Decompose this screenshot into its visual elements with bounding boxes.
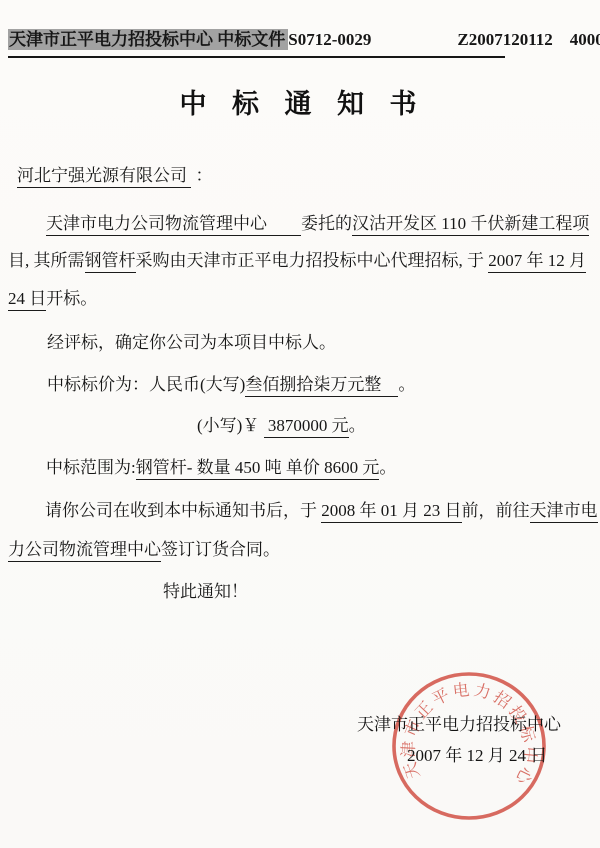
text-segment: 。 (379, 458, 396, 477)
page-title: 中 标 通 知 书 (0, 82, 600, 121)
text-segment: 目, 其所需 (8, 251, 85, 270)
text-segment: S0712-0029 (288, 30, 371, 49)
header-line: 天津市正平电力招投标中心 中标文件S0712-0029Z2007120112 4… (8, 28, 505, 58)
underlined-field: 天津市电力公司物流管理中心 (46, 214, 267, 236)
text-segment: 。 (398, 375, 415, 394)
bid-price-capital-line: 中标标价为：人民币(大写)叁佰捌拾柒万元整 。 (47, 373, 415, 396)
document-page: 天津市正平电力招投标中心 中标文件S0712-0029Z2007120112 4… (0, 0, 600, 848)
underlined-field: 叁佰捌拾柒万元整 (245, 375, 398, 397)
text-segment: 采购由天津市正平电力招投标中心代理招标, 于 (136, 251, 489, 270)
text-segment: 中标标价为：人民币(大写) (47, 375, 245, 394)
text-segment: (小写)￥ (197, 416, 264, 435)
underlined-field: 天津市电 (530, 501, 598, 523)
underlined-field: 力公司物流管理中心 (8, 540, 161, 562)
text-segment: 。 (349, 416, 366, 435)
text-segment: 开标。 (46, 289, 97, 308)
underlined-field: 2008 年 01 月 23 日 (321, 501, 461, 523)
paragraph-6-line-1: 请你公司在收到本中标通知书后，于 2008 年 01 月 23 日前，前往天津市… (45, 499, 598, 522)
signature-date: 2007 年 12 月 24 日 (407, 741, 547, 766)
underlined-field: 汉沽开发区 110 千伏新建工程项 (352, 214, 589, 236)
paragraph-6-line-2: 力公司物流管理中心签订订货合同。 (8, 538, 280, 561)
text-segment: 前，前往 (462, 501, 530, 520)
text-segment: 中标范围为: (46, 458, 136, 477)
text-segment: 请你公司在收到本中标通知书后，于 (45, 501, 321, 520)
signature-organization: 天津市正平电力招投标中心 (357, 710, 561, 735)
underlined-field (267, 214, 301, 236)
underlined-field: 河北宁强光源有限公司 (17, 166, 191, 188)
text-segment: ： (191, 166, 212, 185)
text-segment: Z2007120112 400001 (457, 30, 600, 49)
paragraph-1-line-1: 天津市电力公司物流管理中心 委托的汉沽开发区 110 千伏新建工程项 (46, 212, 589, 235)
underlined-field: 钢管杆- 数量 450 吨 单价 8600 元 (136, 458, 380, 480)
text-segment: 委托的 (301, 214, 352, 233)
text-segment: 签订订货合同。 (161, 540, 280, 559)
paragraph-2: 经评标，确定你公司为本项目中标人。 (47, 331, 336, 354)
underlined-field: 3870000 元 (264, 416, 349, 438)
underlined-field: 2007 年 12 月 (488, 251, 586, 273)
addressee-line: 河北宁强光源有限公司 ： (17, 164, 213, 187)
paragraph-1-line-2: 目, 其所需钢管杆采购由天津市正平电力招投标中心代理招标, 于 2007 年 1… (8, 249, 586, 272)
text-segment: 特此通知！ (163, 582, 248, 601)
text-segment: 经评标，确定你公司为本项目中标人。 (47, 333, 336, 352)
paragraph-1-line-3: 24 日开标。 (8, 287, 97, 310)
underlined-field: 钢管杆 (85, 251, 136, 273)
bid-price-numeric-line: (小写)￥ 3870000 元。 (197, 414, 366, 437)
highlighted-text: 天津市正平电力招投标中心 中标文件 (8, 29, 288, 50)
notice-closing-line: 特此通知！ (163, 580, 248, 603)
bid-scope-line: 中标范围为:钢管杆- 数量 450 吨 单价 8600 元。 (46, 456, 396, 479)
underlined-field: 24 日 (8, 289, 46, 311)
